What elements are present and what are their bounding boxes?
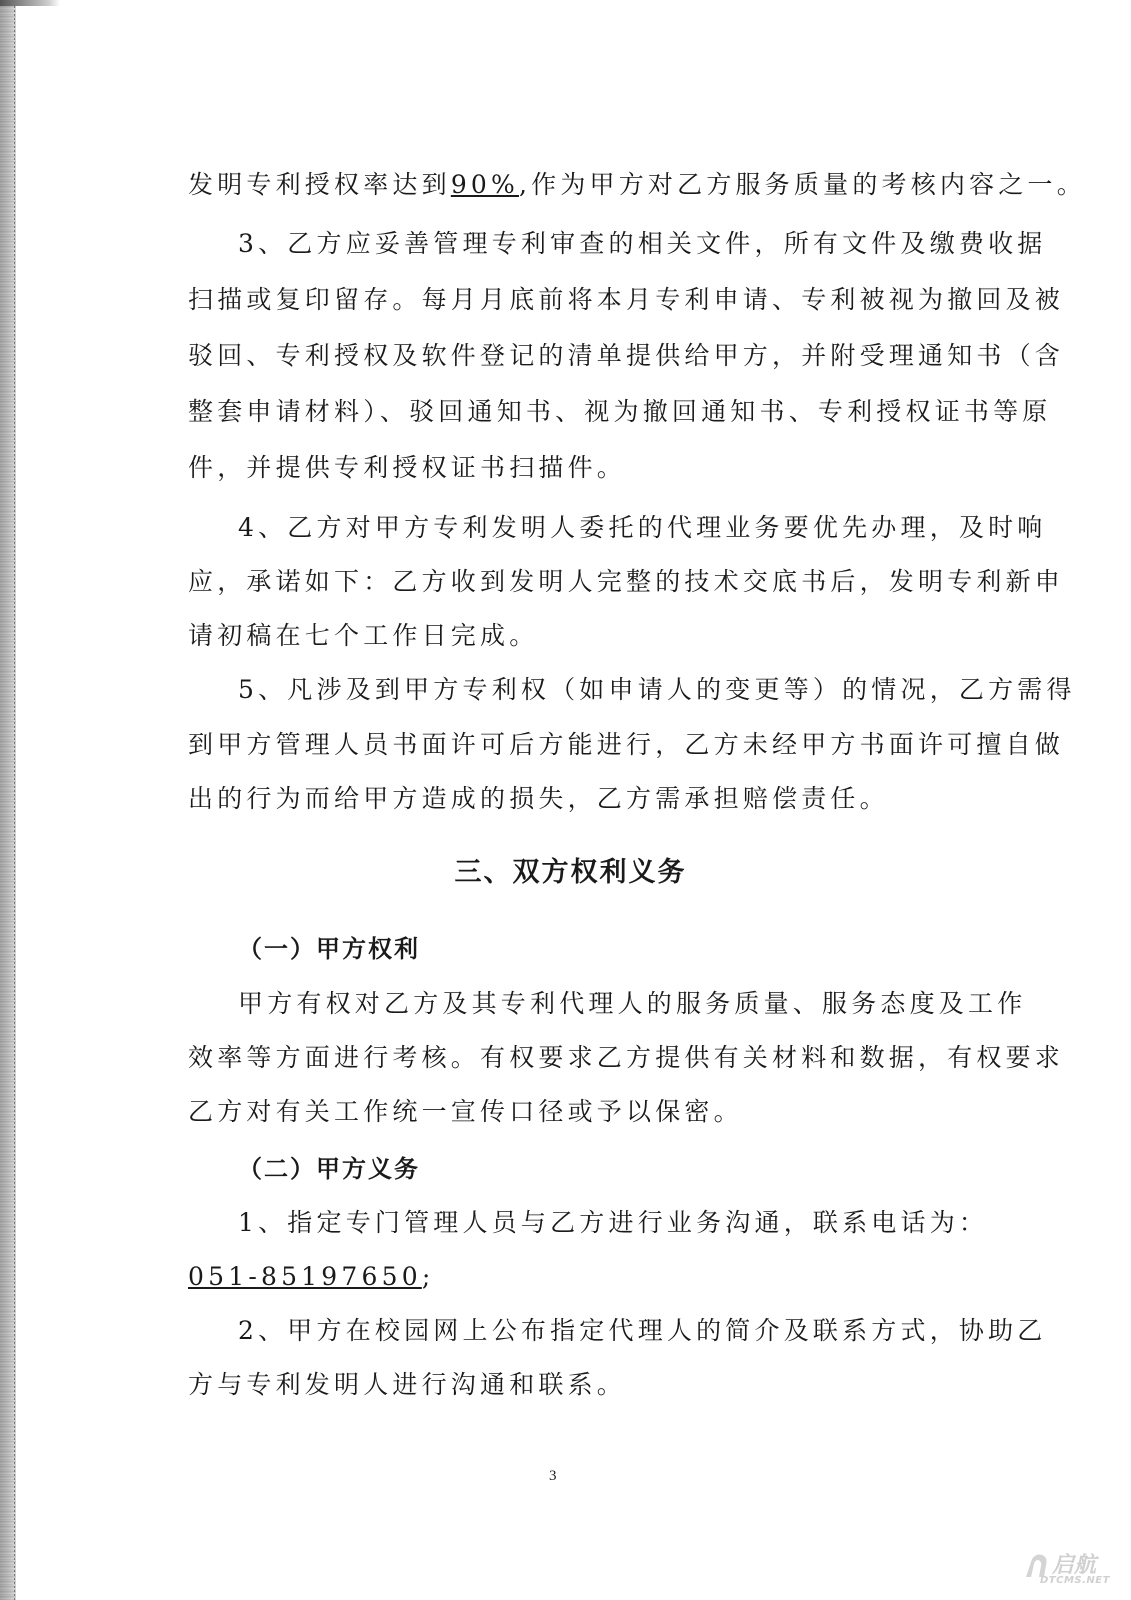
obligation-1-line-1: 1、指定专门管理人员与乙方进行业务沟通，联系电话为： <box>238 1208 988 1238</box>
paragraph-3-line-4: 整套申请材料）、驳回通知书、视为撤回通知书、专利授权证书等原 <box>188 397 1052 427</box>
text: ; <box>422 1262 435 1291</box>
paragraph-3-line-1: 3、乙方应妥善管理专利审查的相关文件，所有文件及缴费收据 <box>238 229 1047 259</box>
section-heading: 三、双方权利义务 <box>188 857 953 889</box>
obligation-2-line-1: 2、甲方在校园网上公布指定代理人的简介及联系方式，协助乙 <box>238 1316 1047 1346</box>
obligation-2-line-2: 方与专利发明人进行沟通和联系。 <box>188 1370 626 1400</box>
rights-line-2: 效率等方面进行考核。有权要求乙方提供有关材料和数据，有权要求 <box>188 1043 1064 1073</box>
subsection-heading-party-a-obligations: （二）甲方义务 <box>238 1154 420 1184</box>
paragraph-3-line-3: 驳回、专利授权及软件登记的清单提供给甲方，并附受理通知书（含 <box>188 341 1064 371</box>
underlined-percentage: 90% <box>451 170 519 199</box>
text: ,作为甲方对乙方服务质量的考核内容之一。 <box>519 170 1086 199</box>
subsection-heading-party-a-rights: （一）甲方权利 <box>238 934 420 964</box>
paragraph-3-line-2: 扫描或复印留存。每月月底前将本月专利申请、专利被视为撤回及被 <box>188 285 1064 315</box>
rights-line-1: 甲方有权对乙方及其专利代理人的服务质量、服务态度及工作 <box>238 989 1026 1019</box>
scan-top-artifact <box>0 0 60 6</box>
paragraph-5-line-1: 5、凡涉及到甲方专利权（如申请人的变更等）的情况，乙方需得 <box>238 675 1076 705</box>
paragraph-line: 发明专利授权率达到90%,作为甲方对乙方服务质量的考核内容之一。 <box>188 170 1086 200</box>
page-number: 3 <box>549 1468 557 1485</box>
paragraph-5-line-2: 到甲方管理人员书面许可后方能进行，乙方未经甲方书面许可擅自做 <box>188 730 1064 760</box>
paragraph-4-line-1: 4、乙方对甲方专利发明人委托的代理业务要优先办理，及时响 <box>238 513 1047 543</box>
obligation-1-phone-line: 051-85197650; <box>188 1262 434 1292</box>
paragraph-3-line-5: 件，并提供专利授权证书扫描件。 <box>188 453 626 483</box>
phone-number: 051-85197650 <box>188 1262 422 1291</box>
scan-edge-line <box>14 0 15 1600</box>
paragraph-5-line-3: 出的行为而给甲方造成的损失，乙方需承担赔偿责任。 <box>188 784 889 814</box>
paragraph-4-line-2: 应，承诺如下：乙方收到发明人完整的技术交底书后，发明专利新申 <box>188 567 1064 597</box>
paragraph-4-line-3: 请初稿在七个工作日完成。 <box>188 621 538 651</box>
watermark: 启航 DTCMS.NET <box>1022 1548 1122 1593</box>
watermark-site-text: DTCMS.NET <box>1040 1575 1110 1586</box>
rights-line-3: 乙方对有关工作统一宣传口径或予以保密。 <box>188 1097 743 1127</box>
text: 发明专利授权率达到 <box>188 170 451 199</box>
